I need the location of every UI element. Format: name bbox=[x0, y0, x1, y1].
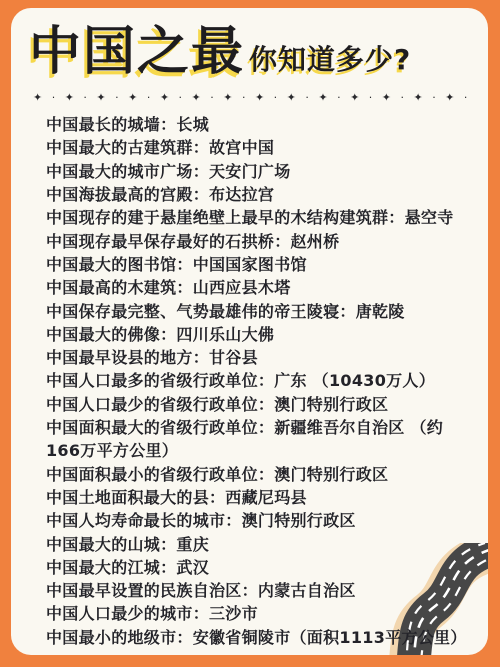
list-item: 中国现存的建于悬崖绝壁上最早的木结构建筑群：悬空寺 bbox=[46, 206, 464, 229]
list-item: 中国最大的江城：武汉 bbox=[46, 556, 464, 579]
diamond-divider: ✦ · ✦ · ✦ · ✦ · ✦ · ✦ · ✦ · ✦ · ✦ · ✦ · … bbox=[33, 91, 468, 104]
list-item: 中国现存最早保存最好的石拱桥：赵州桥 bbox=[46, 230, 464, 253]
list-item: 中国海拔最高的宫殿：布达拉宫 bbox=[46, 183, 464, 206]
list-item: 中国最小的地级市：安徽省铜陵市（面积1113平方公里） bbox=[46, 626, 464, 649]
list-item: 中国最大的古建筑群：故宫中国 bbox=[46, 136, 464, 159]
list-item: 中国面积最大的省级行政单位：新疆维吾尔自治区 （约166万平方公里） bbox=[46, 416, 464, 463]
list-item: 中国最高的木建筑：山西应县木塔 bbox=[46, 276, 464, 299]
content-card: 中国之最 你知道多少? ✦ · ✦ · ✦ · ✦ · ✦ · ✦ · ✦ · … bbox=[11, 8, 488, 655]
list-item: 中国最大的图书馆：中国国家图书馆 bbox=[46, 253, 464, 276]
header: 中国之最 你知道多少? ✦ · ✦ · ✦ · ✦ · ✦ · ✦ · ✦ · … bbox=[11, 8, 488, 104]
list-item: 中国最早设置的民族自治区：内蒙古自治区 bbox=[46, 579, 464, 602]
fact-list: 中国最长的城墙：长城 中国最大的古建筑群：故宫中国 中国最大的城市广场：天安门广… bbox=[11, 113, 488, 649]
list-item: 中国人口最多的省级行政单位：广东 （10430万人） bbox=[46, 369, 464, 392]
list-item: 中国最大的山城：重庆 bbox=[46, 533, 464, 556]
page-subtitle: 你知道多少? bbox=[249, 38, 411, 78]
list-item: 中国土地面积最大的县：西藏尼玛县 bbox=[46, 486, 464, 509]
title-row: 中国之最 你知道多少? bbox=[29, 24, 472, 81]
list-item: 中国最大的佛像：四川乐山大佛 bbox=[46, 323, 464, 346]
list-item: 中国人均寿命最长的城市：澳门特别行政区 bbox=[46, 509, 464, 532]
page-title: 中国之最 bbox=[29, 24, 245, 81]
list-item: 中国人口最少的省级行政单位：澳门特别行政区 bbox=[46, 393, 464, 416]
list-item: 中国最大的城市广场：天安门广场 bbox=[46, 160, 464, 183]
list-item: 中国保存最完整、气势最雄伟的帝王陵寝：唐乾陵 bbox=[46, 300, 464, 323]
list-item: 中国面积最小的省级行政单位：澳门特别行政区 bbox=[46, 463, 464, 486]
list-item: 中国最早设县的地方：甘谷县 bbox=[46, 346, 464, 369]
orange-frame: 中国之最 你知道多少? ✦ · ✦ · ✦ · ✦ · ✦ · ✦ · ✦ · … bbox=[0, 0, 500, 667]
list-item: 中国最长的城墙：长城 bbox=[46, 113, 464, 136]
list-item: 中国人口最少的城市：三沙市 bbox=[46, 602, 464, 625]
